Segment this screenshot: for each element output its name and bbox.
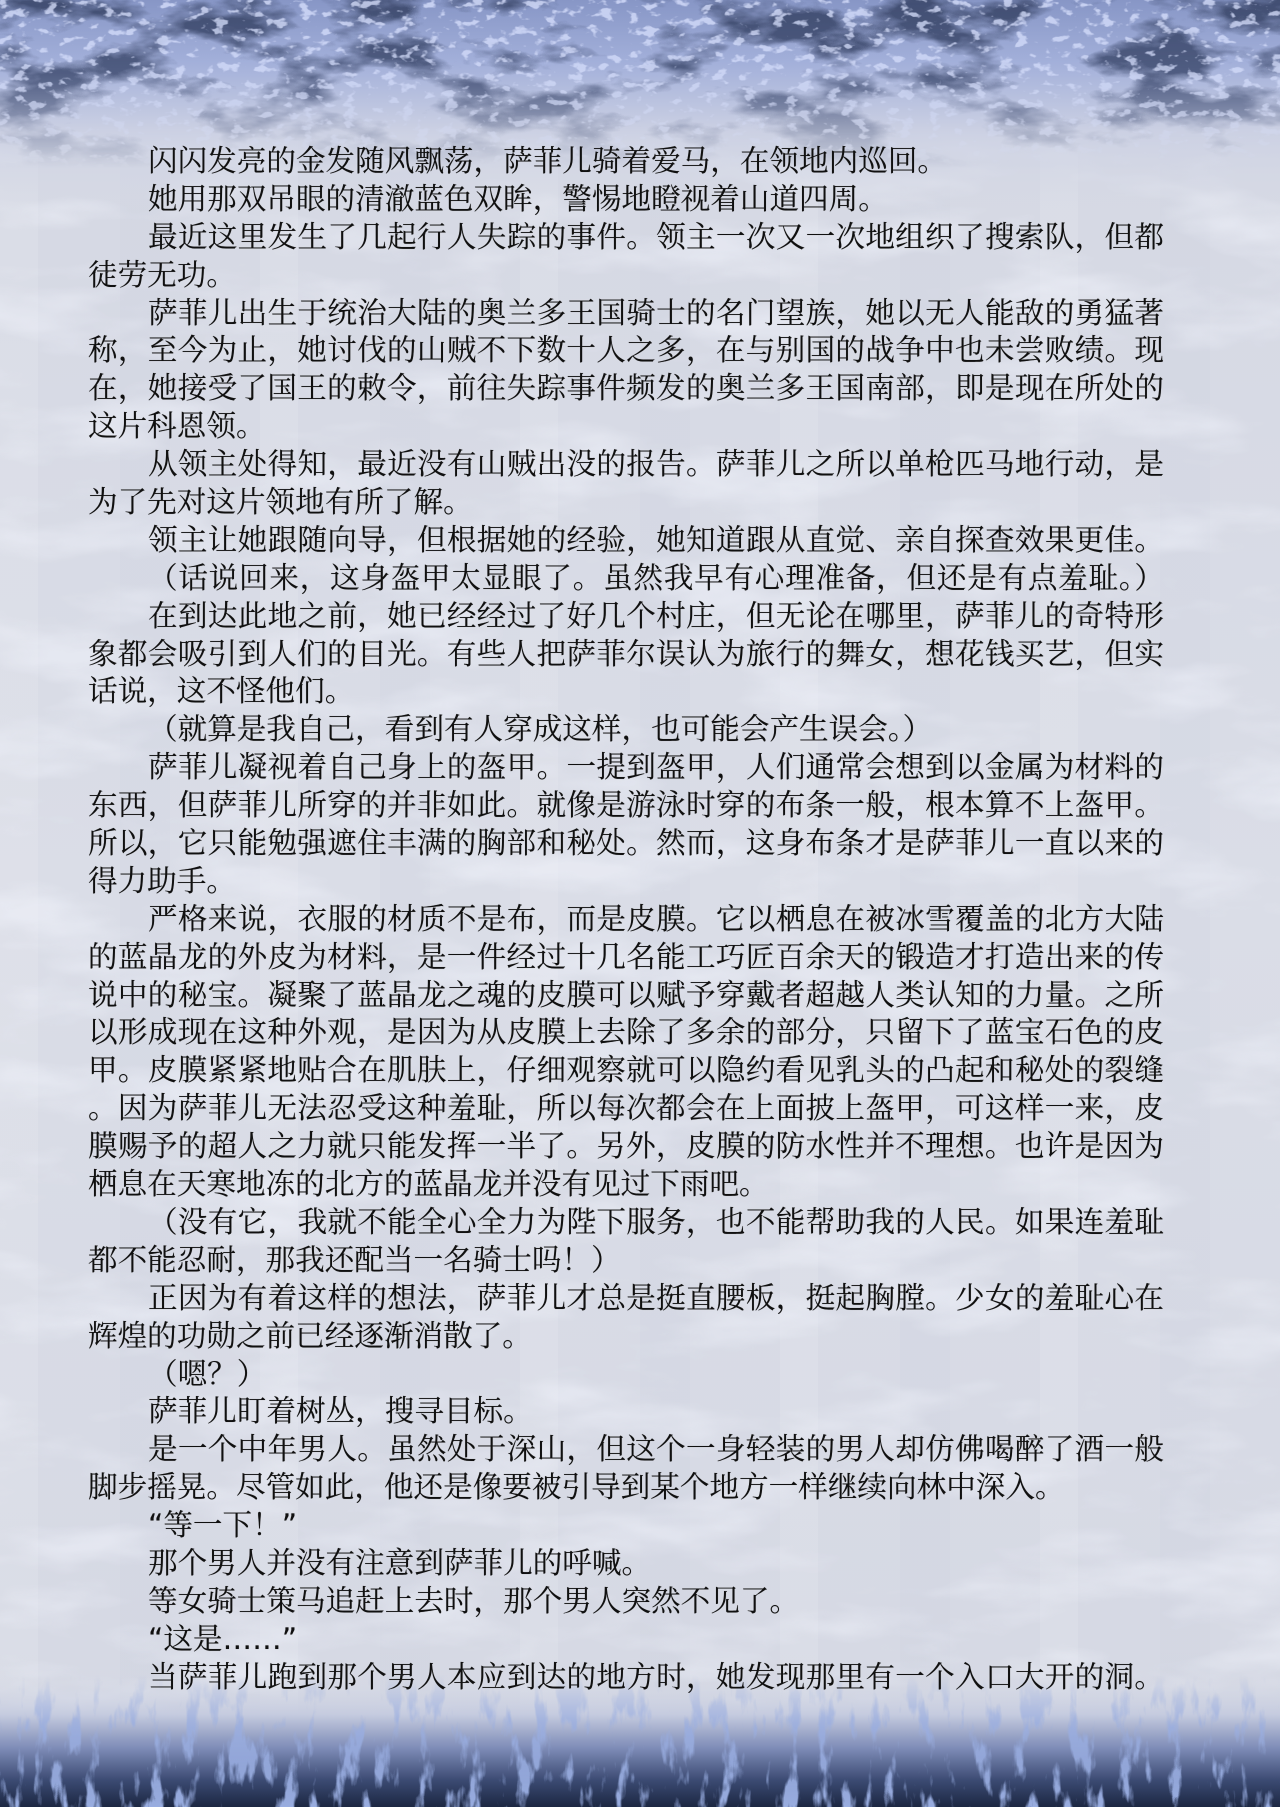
text-line: 从领主处得知，最近没有山贼出没的报告。萨菲儿之所以单枪匹马地行动，是 <box>88 446 1164 484</box>
text-line: （就算是我自己，看到有人穿成这样，也可能会产生误会。） <box>88 711 1164 749</box>
paragraph: 闪闪发亮的金发随风飘荡，萨菲儿骑着爱马，在领地内巡回。 <box>88 143 1164 181</box>
paragraph: 正因为有着这样的想法，萨菲儿才总是挺直腰板，挺起胸膛。少女的羞耻心在 辉煌的功勋… <box>88 1280 1164 1356</box>
text-line: 话说，这不怪他们。 <box>88 673 1164 711</box>
text-line: 最近这里发生了几起行人失踪的事件。领主一次又一次地组织了搜索队，但都 <box>88 219 1164 257</box>
text-line: 的蓝晶龙的外皮为材料，是一件经过十几名能工巧匠百余天的锻造才打造出来的传 <box>88 939 1164 977</box>
text-line: 那个男人并没有注意到萨菲儿的呼喊。 <box>88 1545 1164 1583</box>
text-line: 在，她接受了国王的敕令，前往失踪事件频发的奥兰多王国南部，即是现在所处的 <box>88 370 1164 408</box>
paragraph: 严格来说，衣服的材质不是布，而是皮膜。它以栖息在被冰雪覆盖的北方大陆 的蓝晶龙的… <box>88 901 1164 1204</box>
text-line: 为了先对这片领地有所了解。 <box>88 484 1164 522</box>
text-line: （话说回来，这身盔甲太显眼了。虽然我早有心理准备，但还是有点羞耻。） <box>88 560 1164 598</box>
text-line: 她用那双吊眼的清澈蓝色双眸，警惕地瞪视着山道四周。 <box>88 181 1164 219</box>
text-line: 等女骑士策马追赶上去时，那个男人突然不见了。 <box>88 1583 1164 1621</box>
paragraph: 萨菲儿盯着树丛，搜寻目标。 <box>88 1393 1164 1431</box>
text-line: 徒劳无功。 <box>88 257 1164 295</box>
paragraph: 她用那双吊眼的清澈蓝色双眸，警惕地瞪视着山道四周。 <box>88 181 1164 219</box>
story-text: 闪闪发亮的金发随风飘荡，萨菲儿骑着爱马，在领地内巡回。 她用那双吊眼的清澈蓝色双… <box>88 143 1164 1697</box>
paragraph: 最近这里发生了几起行人失踪的事件。领主一次又一次地组织了搜索队，但都 徒劳无功。 <box>88 219 1164 295</box>
paragraph: “等一下！” <box>88 1507 1164 1545</box>
paragraph: 那个男人并没有注意到萨菲儿的呼喊。 <box>88 1545 1164 1583</box>
paragraph: （嗯？） <box>88 1356 1164 1394</box>
paragraph: 萨菲儿凝视着自己身上的盔甲。一提到盔甲，人们通常会想到以金属为材料的 东西，但萨… <box>88 749 1164 901</box>
novel-page: 闪闪发亮的金发随风飘荡，萨菲儿骑着爱马，在领地内巡回。 她用那双吊眼的清澈蓝色双… <box>0 0 1280 1807</box>
text-line: 说中的秘宝。凝聚了蓝晶龙之魂的皮膜可以赋予穿戴者超越人类认知的力量。之所 <box>88 977 1164 1015</box>
text-line: 萨菲儿凝视着自己身上的盔甲。一提到盔甲，人们通常会想到以金属为材料的 <box>88 749 1164 787</box>
text-line: 所以，它只能勉强遮住丰满的胸部和秘处。然而，这身布条才是萨菲儿一直以来的 <box>88 825 1164 863</box>
text-line: 领主让她跟随向导，但根据她的经验，她知道跟从直觉、亲自探查效果更佳。 <box>88 522 1164 560</box>
paragraph: 是一个中年男人。虽然处于深山，但这个一身轻装的男人却仿佛喝醉了酒一般 脚步摇晃。… <box>88 1431 1164 1507</box>
text-line: “等一下！” <box>88 1507 1164 1545</box>
text-line: （嗯？） <box>88 1356 1164 1394</box>
paragraph: 从领主处得知，最近没有山贼出没的报告。萨菲儿之所以单枪匹马地行动，是 为了先对这… <box>88 446 1164 522</box>
paragraph: 萨菲儿出生于统治大陆的奥兰多王国骑士的名门望族，她以无人能敌的勇猛著 称，至今为… <box>88 295 1164 447</box>
text-line: “这是……” <box>88 1621 1164 1659</box>
text-line: 象都会吸引到人们的目光。有些人把萨菲尔误认为旅行的舞女，想花钱买艺，但实 <box>88 636 1164 674</box>
paragraph: 等女骑士策马追赶上去时，那个男人突然不见了。 <box>88 1583 1164 1621</box>
paragraph: 领主让她跟随向导，但根据她的经验，她知道跟从直觉、亲自探查效果更佳。 <box>88 522 1164 560</box>
text-line: 这片科恩领。 <box>88 408 1164 446</box>
text-line: 栖息在天寒地冻的北方的蓝晶龙并没有见过下雨吧。 <box>88 1166 1164 1204</box>
text-line: （没有它，我就不能全心全力为陛下服务，也不能帮助我的人民。如果连羞耻 <box>88 1204 1164 1242</box>
text-line: 闪闪发亮的金发随风飘荡，萨菲儿骑着爱马，在领地内巡回。 <box>88 143 1164 181</box>
text-line: 辉煌的功勋之前已经逐渐消散了。 <box>88 1318 1164 1356</box>
text-line: 是一个中年男人。虽然处于深山，但这个一身轻装的男人却仿佛喝醉了酒一般 <box>88 1431 1164 1469</box>
paragraph: 当萨菲儿跑到那个男人本应到达的地方时，她发现那里有一个入口大开的洞。 <box>88 1659 1164 1697</box>
text-line: 萨菲儿出生于统治大陆的奥兰多王国骑士的名门望族，她以无人能敌的勇猛著 <box>88 295 1164 333</box>
text-line: 东西，但萨菲儿所穿的并非如此。就像是游泳时穿的布条一般，根本算不上盔甲。 <box>88 787 1164 825</box>
paragraph: 在到达此地之前，她已经经过了好几个村庄，但无论在哪里，萨菲儿的奇特形 象都会吸引… <box>88 598 1164 712</box>
text-line: 甲。皮膜紧紧地贴合在肌肤上，仔细观察就可以隐约看见乳头的凸起和秘处的裂缝 <box>88 1052 1164 1090</box>
text-line: 。因为萨菲儿无法忍受这种羞耻，所以每次都会在上面披上盔甲，可这样一来，皮 <box>88 1090 1164 1128</box>
paragraph: （话说回来，这身盔甲太显眼了。虽然我早有心理准备，但还是有点羞耻。） <box>88 560 1164 598</box>
text-line: 称，至今为止，她讨伐的山贼不下数十人之多，在与别国的战争中也未尝败绩。现 <box>88 332 1164 370</box>
text-line: 脚步摇晃。尽管如此，他还是像要被引导到某个地方一样继续向林中深入。 <box>88 1469 1164 1507</box>
text-line: 正因为有着这样的想法，萨菲儿才总是挺直腰板，挺起胸膛。少女的羞耻心在 <box>88 1280 1164 1318</box>
text-line: 在到达此地之前，她已经经过了好几个村庄，但无论在哪里，萨菲儿的奇特形 <box>88 598 1164 636</box>
paragraph: “这是……” <box>88 1621 1164 1659</box>
text-line: 当萨菲儿跑到那个男人本应到达的地方时，她发现那里有一个入口大开的洞。 <box>88 1659 1164 1697</box>
text-line: 膜赐予的超人之力就只能发挥一半了。另外，皮膜的防水性并不理想。也许是因为 <box>88 1128 1164 1166</box>
paragraph: （就算是我自己，看到有人穿成这样，也可能会产生误会。） <box>88 711 1164 749</box>
text-line: 萨菲儿盯着树丛，搜寻目标。 <box>88 1393 1164 1431</box>
text-line: 以形成现在这种外观，是因为从皮膜上去除了多余的部分，只留下了蓝宝石色的皮 <box>88 1014 1164 1052</box>
text-line: 都不能忍耐，那我还配当一名骑士吗！） <box>88 1242 1164 1280</box>
text-line: 严格来说，衣服的材质不是布，而是皮膜。它以栖息在被冰雪覆盖的北方大陆 <box>88 901 1164 939</box>
paragraph: （没有它，我就不能全心全力为陛下服务，也不能帮助我的人民。如果连羞耻 都不能忍耐… <box>88 1204 1164 1280</box>
text-line: 得力助手。 <box>88 863 1164 901</box>
